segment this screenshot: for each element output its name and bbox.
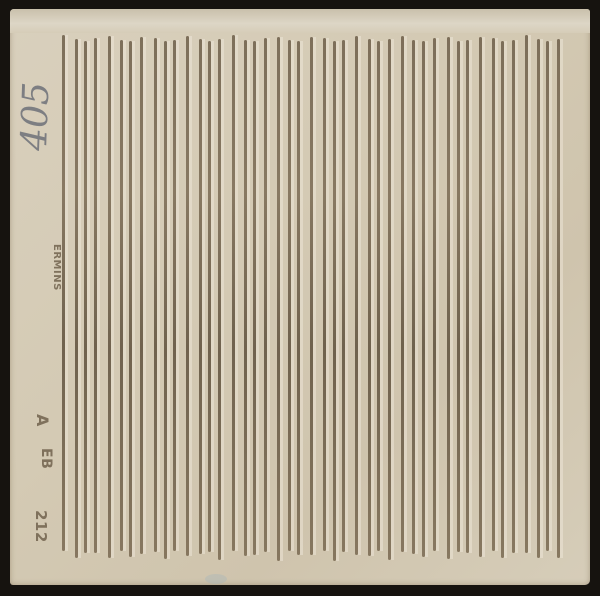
groove [401, 36, 404, 552]
groove [154, 38, 157, 552]
groove [244, 40, 247, 556]
groove [492, 38, 495, 551]
groove [433, 38, 436, 551]
groove [253, 41, 256, 555]
groove [310, 37, 313, 555]
groove [75, 39, 78, 558]
groove [288, 40, 291, 551]
groove [264, 38, 267, 552]
groove [457, 41, 460, 552]
groove [62, 35, 65, 551]
stamp-number: 212 [32, 510, 50, 543]
groove [377, 41, 380, 551]
groove [412, 40, 415, 554]
groove [422, 41, 425, 557]
groove [173, 40, 176, 551]
stamp-letter: A [33, 414, 52, 427]
groove [557, 39, 560, 558]
stamp-maker-text: ERMINS [51, 244, 62, 291]
groove [479, 37, 482, 557]
groove [218, 39, 221, 560]
ceramic-tile [10, 9, 590, 585]
groove [546, 41, 549, 551]
tile-top-edge [10, 9, 590, 33]
groove [140, 37, 143, 554]
groove [388, 39, 391, 560]
groove [537, 39, 540, 558]
groove [120, 40, 123, 551]
groove [84, 41, 87, 553]
groove [525, 35, 528, 553]
groove [164, 41, 167, 559]
groove [447, 37, 450, 559]
groove [466, 40, 469, 553]
stamp-code: EB [38, 448, 54, 469]
groove-field [56, 33, 564, 563]
groove [277, 37, 280, 561]
groove [501, 41, 504, 558]
groove [208, 41, 211, 552]
groove [199, 39, 202, 554]
pencil-number: 405 [14, 81, 57, 151]
groove [323, 38, 326, 551]
groove [512, 40, 515, 553]
groove [94, 38, 97, 553]
groove [297, 41, 300, 555]
groove [355, 36, 358, 555]
groove [232, 35, 235, 551]
groove [129, 41, 132, 557]
groove [368, 39, 371, 556]
blue-stain [205, 574, 227, 584]
groove [342, 40, 345, 552]
groove [108, 36, 111, 558]
groove [186, 36, 189, 556]
groove [333, 41, 336, 561]
